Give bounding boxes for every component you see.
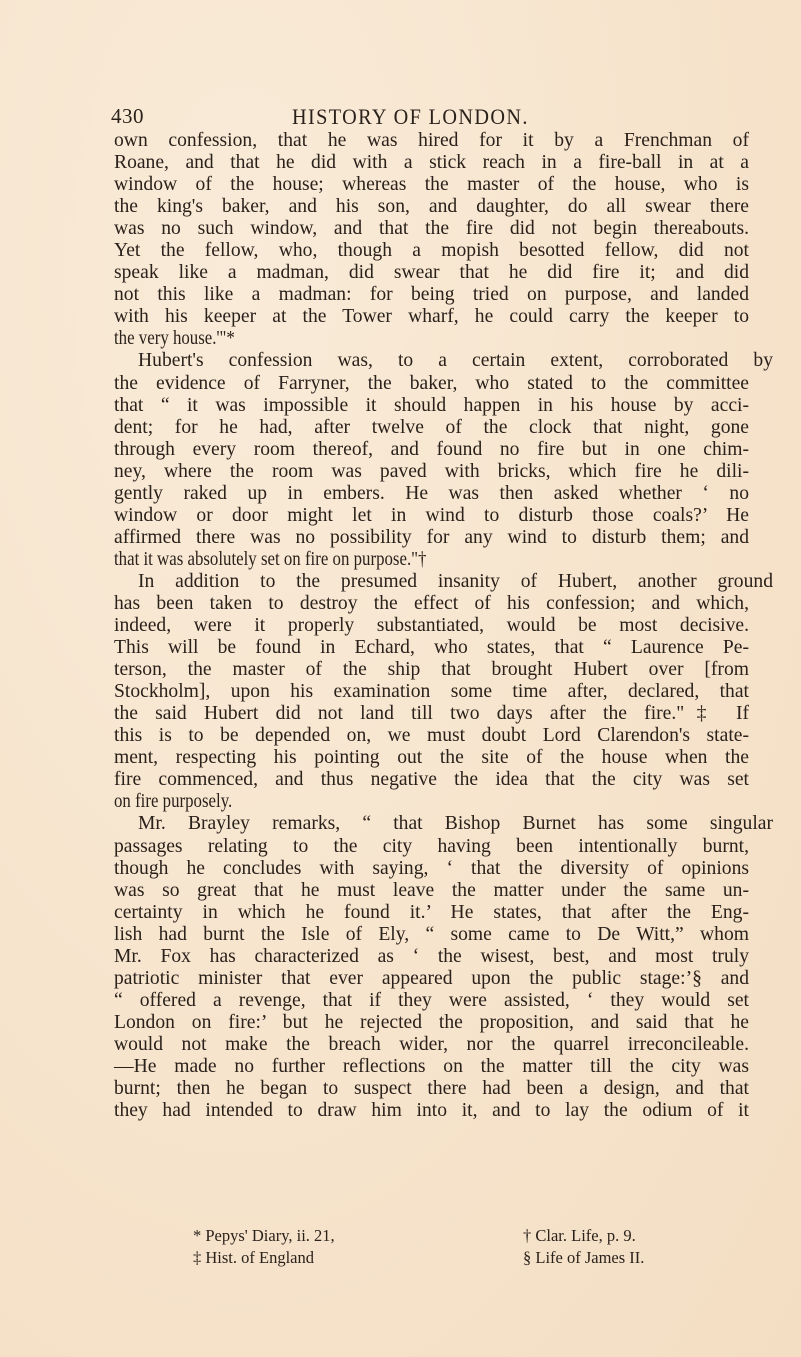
text-line: was so great that he must leave the matt… (114, 880, 749, 902)
text-line: passages relating to the city having bee… (114, 836, 749, 858)
text-line: Mr. Brayley remarks, “ that Bishop Burne… (114, 813, 773, 835)
text-line: This will be found in Echard, who states… (114, 637, 749, 659)
text-line: that “ it was impossible it should happe… (114, 395, 749, 417)
text-line: certainty in which he found it.’ He stat… (114, 902, 749, 924)
footnote-pepys: * Pepys' Diary, ii. 21, (193, 1226, 335, 1246)
text-line: window of the house; whereas the master … (114, 174, 749, 196)
text-line: not this like a madman: for being tried … (114, 284, 749, 306)
text-line: burnt; then he began to suspect there ha… (114, 1078, 749, 1100)
running-title: HISTORY OF LONDON. (292, 104, 529, 130)
text-line: Roane, and that he did with a stick reac… (114, 152, 749, 174)
footnote-text: Life of James II. (535, 1248, 644, 1267)
text-line: the king's baker, and his son, and daugh… (114, 196, 749, 218)
text-line: the evidence of Farryner, the baker, who… (114, 373, 749, 395)
body-text: own confession, that he was hired for it… (114, 130, 749, 1122)
footnote-mark: † (523, 1226, 531, 1245)
text-line: Mr. Fox has characterized as ‘ the wises… (114, 946, 749, 968)
text-line: that it was absolutely set on fire on pu… (114, 549, 660, 571)
footnote-text: Hist. of England (205, 1248, 314, 1267)
footnote-text: Pepys' Diary, ii. 21, (205, 1226, 334, 1245)
text-line: ment, respecting his pointing out the si… (114, 747, 749, 769)
page-number: 430 (111, 104, 144, 129)
text-line: terson, the master of the ship that brou… (114, 659, 749, 681)
text-line: through every room thereof, and found no… (114, 439, 749, 461)
text-line: Yet the fellow, who, though a mopish bes… (114, 240, 749, 262)
text-line: indeed, were it properly substantiated, … (114, 615, 749, 637)
text-line: with his keeper at the Tower wharf, he c… (114, 306, 749, 328)
footnote-james-ii: § Life of James II. (523, 1248, 644, 1268)
text-line: on fire purposely. (114, 791, 660, 813)
footnote-clarendon: † Clar. Life, p. 9. (523, 1226, 636, 1246)
text-line: the said Hubert did not land till two da… (114, 703, 749, 725)
text-line: Hubert's confession was, to a certain ex… (114, 350, 773, 372)
footnote-hist-england: ‡ Hist. of England (193, 1248, 314, 1268)
text-line: this is to be depended on, we must doubt… (114, 725, 749, 747)
text-line: speak like a madman, did swear that he d… (114, 262, 749, 284)
text-line: was no such window, and that the fire di… (114, 218, 749, 240)
text-line: Stockholm], upon his examination some ti… (114, 681, 749, 703)
footnote-mark: § (523, 1248, 531, 1267)
text-line: the very house.'"* (114, 328, 660, 350)
text-line: own confession, that he was hired for it… (114, 130, 749, 152)
text-line: lish had burnt the Isle of Ely, “ some c… (114, 924, 749, 946)
text-line: affirmed there was no possibility for an… (114, 527, 749, 549)
text-line: fire commenced, and thus negative the id… (114, 769, 749, 791)
text-line: they had intended to draw him into it, a… (114, 1100, 749, 1122)
text-line: though he concludes with saying, ‘ that … (114, 858, 749, 880)
text-line: “ offered a revenge, that if they were a… (114, 990, 749, 1012)
book-page: 430 HISTORY OF LONDON. own confession, t… (0, 0, 801, 1357)
text-line: has been taken to destroy the effect of … (114, 593, 749, 615)
footnote-text: Clar. Life, p. 9. (535, 1226, 635, 1245)
text-line: dent; for he had, after twelve of the cl… (114, 417, 749, 439)
text-line: would not make the breach wider, nor the… (114, 1034, 749, 1056)
text-line: patriotic minister that ever appeared up… (114, 968, 749, 990)
text-line: ney, where the room was paved with brick… (114, 461, 749, 483)
text-line: In addition to the presumed insanity of … (114, 571, 773, 593)
footnote-mark: ‡ (193, 1248, 201, 1267)
footnote-mark: * (193, 1226, 201, 1245)
text-line: gently raked up in embers. He was then a… (114, 483, 749, 505)
text-line: window or door might let in wind to dist… (114, 505, 749, 527)
text-line: London on fire:’ but he rejected the pro… (114, 1012, 749, 1034)
text-line: —He made no further reflections on the m… (114, 1056, 749, 1078)
